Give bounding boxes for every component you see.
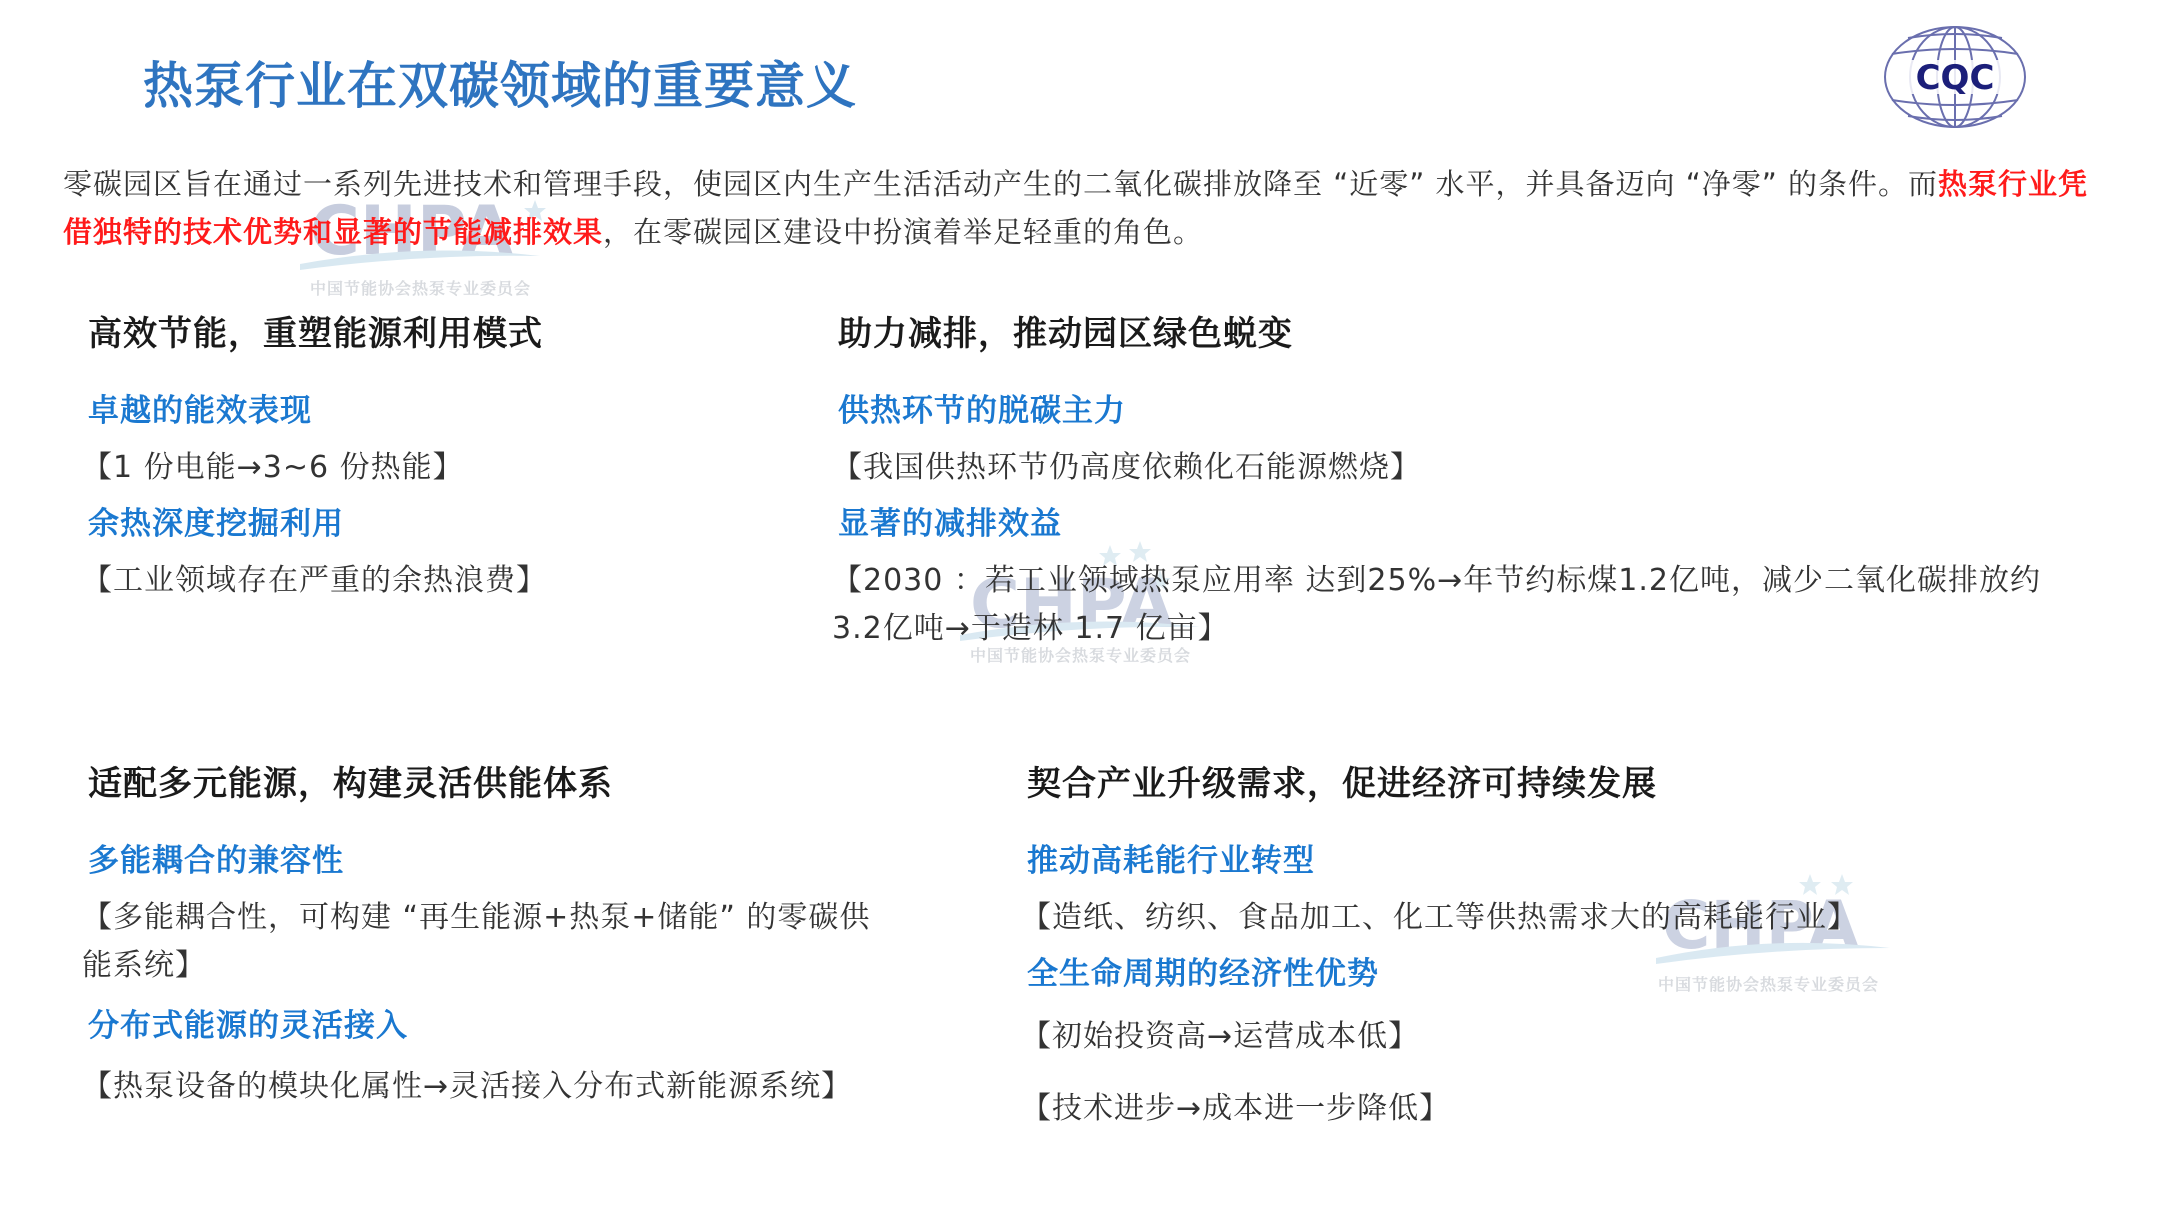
subheading: 显著的减排效益 <box>838 498 2098 543</box>
subheading: 卓越的能效表现 <box>88 385 788 430</box>
section-heading: 助力减排，推动园区绿色蜕变 <box>838 306 2098 355</box>
section-emission-reduction: 助力减排，推动园区绿色蜕变 供热环节的脱碳主力 【我国供热环节仍高度依赖化石能源… <box>838 306 2098 653</box>
body-text: 【多能耦合性，可构建 “再生能源+热泵+储能” 的零碳供能系统】 <box>82 894 872 990</box>
globe-icon: CQC <box>1880 22 2030 132</box>
section-industry-upgrade: 契合产业升级需求，促进经济可持续发展 推动高耗能行业转型 【造纸、纺织、食品加工… <box>1027 756 2027 1133</box>
intro-text-part1: 零碳园区旨在通过一系列先进技术和管理手段，使园区内生产生活活动产生的二氧化碳排放… <box>63 167 1938 201</box>
subheading: 多能耦合的兼容性 <box>88 835 888 880</box>
intro-text-part2: ，在零碳园区建设中扮演着举足轻重的角色。 <box>603 215 1203 249</box>
body-text: 【初始投资高→运营成本低】 <box>1021 1013 2027 1061</box>
body-text: 【1 份电能→3~6 份热能】 <box>82 444 788 492</box>
slide-title: 热泵行业在双碳领域的重要意义 <box>143 46 857 118</box>
body-text: 【我国供热环节仍高度依赖化石能源燃烧】 <box>832 444 2098 492</box>
section-heading: 高效节能，重塑能源利用模式 <box>88 306 788 355</box>
body-text: 【2030 ：若工业领域热泵应用率 达到25%→年节约标煤1.2亿吨，减少二氧化… <box>832 557 2082 653</box>
subheading: 分布式能源的灵活接入 <box>88 1000 888 1045</box>
body-text: 【工业领域存在严重的余热浪费】 <box>82 557 788 605</box>
subheading: 推动高耗能行业转型 <box>1027 835 2027 880</box>
watermark-org-text: 中国节能协会热泵专业委员会 <box>290 276 560 299</box>
body-text: 【造纸、纺织、食品加工、化工等供热需求大的高耗能行业】 <box>1021 894 2027 942</box>
cqc-logo: CQC <box>1880 22 2030 132</box>
subheading: 供热环节的脱碳主力 <box>838 385 2098 430</box>
section-heading: 适配多元能源，构建灵活供能体系 <box>88 756 888 805</box>
body-text: 【技术进步→成本进一步降低】 <box>1021 1085 2027 1133</box>
section-energy-efficiency: 高效节能，重塑能源利用模式 卓越的能效表现 【1 份电能→3~6 份热能】 余热… <box>88 306 788 605</box>
section-heading: 契合产业升级需求，促进经济可持续发展 <box>1027 756 2027 805</box>
cqc-logo-text: CQC <box>1916 58 1995 98</box>
section-multi-energy: 适配多元能源，构建灵活供能体系 多能耦合的兼容性 【多能耦合性，可构建 “再生能… <box>88 756 888 1111</box>
body-text: 【热泵设备的模块化属性→灵活接入分布式新能源系统】 <box>82 1063 872 1111</box>
subheading: 余热深度挖掘利用 <box>88 498 788 543</box>
intro-paragraph: 零碳园区旨在通过一系列先进技术和管理手段，使园区内生产生活活动产生的二氧化碳排放… <box>63 160 2103 256</box>
subheading: 全生命周期的经济性优势 <box>1027 948 2027 993</box>
